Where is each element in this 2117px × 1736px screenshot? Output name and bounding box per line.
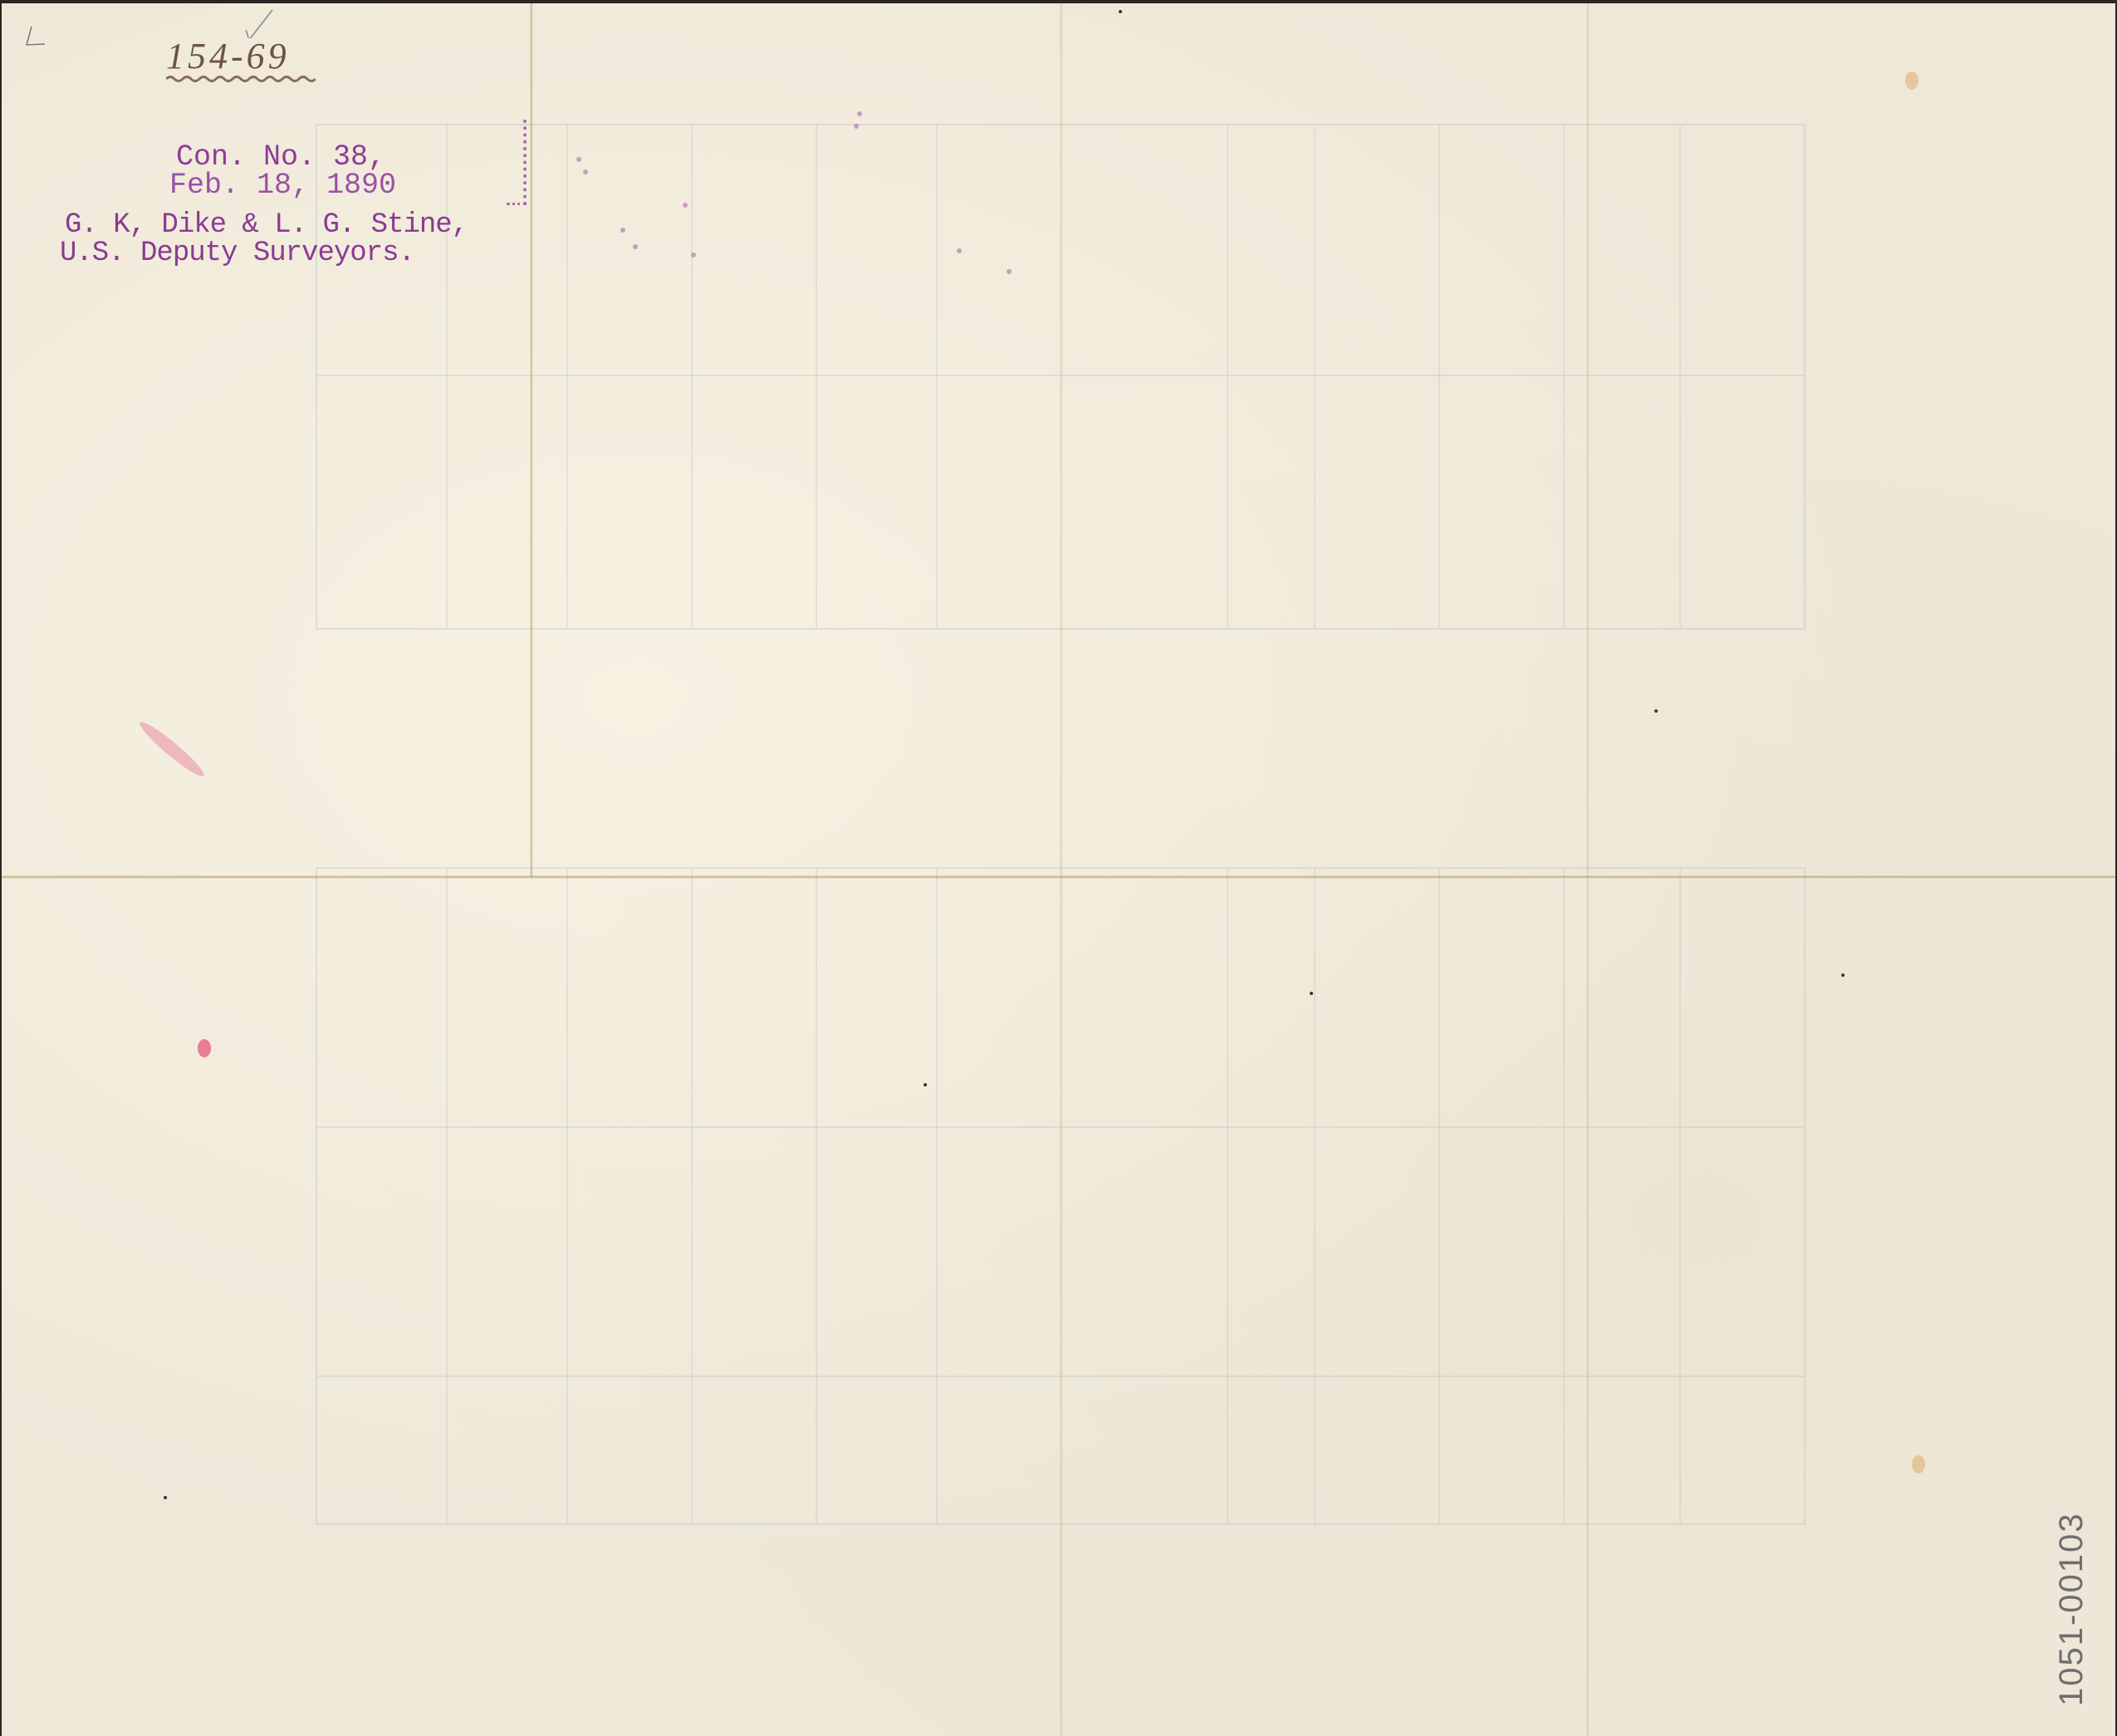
- fold-line-vertical-3: [1586, 3, 1590, 1736]
- foxing-spot: [1912, 1455, 1925, 1474]
- fold-line-vertical-2: [1060, 3, 1063, 1736]
- fold-line-horizontal: [2, 875, 2115, 879]
- stamp-bracket: [507, 120, 527, 205]
- stamp-date: Feb. 18, 1890: [169, 171, 396, 200]
- stamp-contract-number: Con. No. 38,: [176, 143, 385, 172]
- pink-ink-dot: [198, 1039, 211, 1057]
- document-page: 154-69 Con. No. 38, Feb. 18, 1890 G. K, …: [2, 3, 2115, 1736]
- checkmark-icon: [244, 8, 274, 38]
- stamp-surveyors-title: U.S. Deputy Surveyors.: [60, 239, 414, 267]
- file-number-underline: [166, 75, 316, 83]
- stamp-surveyors-names: G. K, Dike & L. G. Stine,: [65, 211, 468, 239]
- fold-line-vertical-1: [530, 3, 533, 877]
- file-number: 154-69: [166, 35, 290, 77]
- pencil-margin-mark: [23, 23, 48, 48]
- foxing-spot: [1905, 71, 1919, 90]
- archive-id: 1051-00103: [2053, 1512, 2090, 1706]
- pink-ink-stroke: [136, 718, 208, 782]
